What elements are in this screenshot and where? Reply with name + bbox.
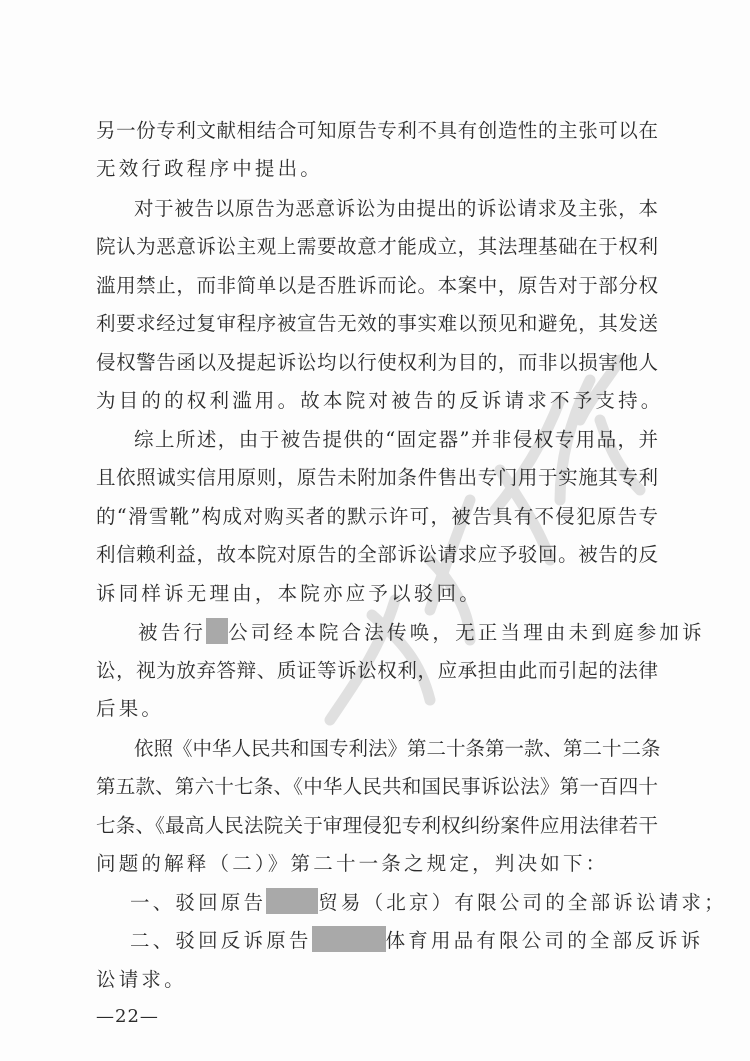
text-line: 对于被告以原告为恶意诉讼为由提出的诉讼请求及主张，本 xyxy=(134,190,658,228)
text-segment: 一、驳回原告 xyxy=(130,891,266,914)
redaction-box xyxy=(312,926,386,952)
redaction-box xyxy=(266,888,318,914)
text-line: 院认为恶意诉讼主观上需要故意才能成立，其法理基础在于权利 xyxy=(96,228,658,266)
text-line: 七条、《最高人民法院关于审理侵犯专利权纠纷案件应用法律若干 xyxy=(96,807,658,845)
redaction-box xyxy=(206,618,228,644)
text-segment: 被告行 xyxy=(138,621,206,644)
text-line: 无效行政程序中提出。 xyxy=(96,150,658,188)
page-number: —22— xyxy=(96,998,159,1036)
defendant-paragraph-line: 被告行公司经本院合法传唤，无正当理由未到庭参加诉 xyxy=(138,614,658,652)
text-segment: 公司经本院合法传唤，无正当理由未到庭参加诉 xyxy=(228,621,705,644)
text-line: 讼，视为放弃答辩、质证等诉讼权利，应承担由此而引起的法律 xyxy=(96,652,658,690)
ruling-item-1: 一、驳回原告贸易（北京）有限公司的全部诉讼请求； xyxy=(130,884,658,922)
text-line: 第五款、第六十七条、《中华人民共和国民事诉讼法》第一百四十 xyxy=(96,768,658,806)
text-line: 问题的解释（二）》第二十一条之规定，判决如下： xyxy=(96,845,658,883)
text-line: 为目的的权利滥用。故本院对被告的反诉请求不予支持。 xyxy=(96,382,658,420)
text-line: 利信赖利益，故本院对原告的全部诉讼请求应予驳回。被告的反 xyxy=(96,536,658,574)
text-line: 诉同样诉无理由，本院亦应予以驳回。 xyxy=(96,575,658,613)
document-page: 另一份专利文献相结合可知原告专利不具有创造性的主张可以在 无效行政程序中提出。 … xyxy=(0,0,750,1061)
text-line: 滥用禁止，而非简单以是否胜诉而论。本案中，原告对于部分权 xyxy=(96,267,658,305)
ruling-item-2: 二、驳回反诉原告体育用品有限公司的全部反诉诉 xyxy=(130,922,658,960)
text-segment: 贸易（北京）有限公司的全部诉讼请求； xyxy=(318,891,727,914)
text-line: 综上所述，由于被告提供的“固定器”并非侵权专用品，并 xyxy=(134,421,658,459)
text-segment: 二、驳回反诉原告 xyxy=(130,929,312,952)
text-line: 后果。 xyxy=(96,690,658,728)
text-line: 讼请求。 xyxy=(96,961,658,999)
text-line: 另一份专利文献相结合可知原告专利不具有创造性的主张可以在 xyxy=(96,112,658,150)
text-line: 侵权警告函以及提起诉讼均以行使权利为目的，而非以损害他人 xyxy=(96,344,658,382)
text-line: 且依照诚实信用原则，原告未附加条件售出专门用于实施其专利 xyxy=(96,459,658,497)
text-line: 利要求经过复审程序被宣告无效的事实难以预见和避免，其发送 xyxy=(96,305,658,343)
text-line: 的“滑雪靴”构成对购买者的默示许可，被告具有不侵犯原告专 xyxy=(96,498,658,536)
text-segment: 体育用品有限公司的全部反诉诉 xyxy=(386,929,704,952)
text-line: 依照《中华人民共和国专利法》第二十条第一款、第二十二条 xyxy=(134,730,658,768)
